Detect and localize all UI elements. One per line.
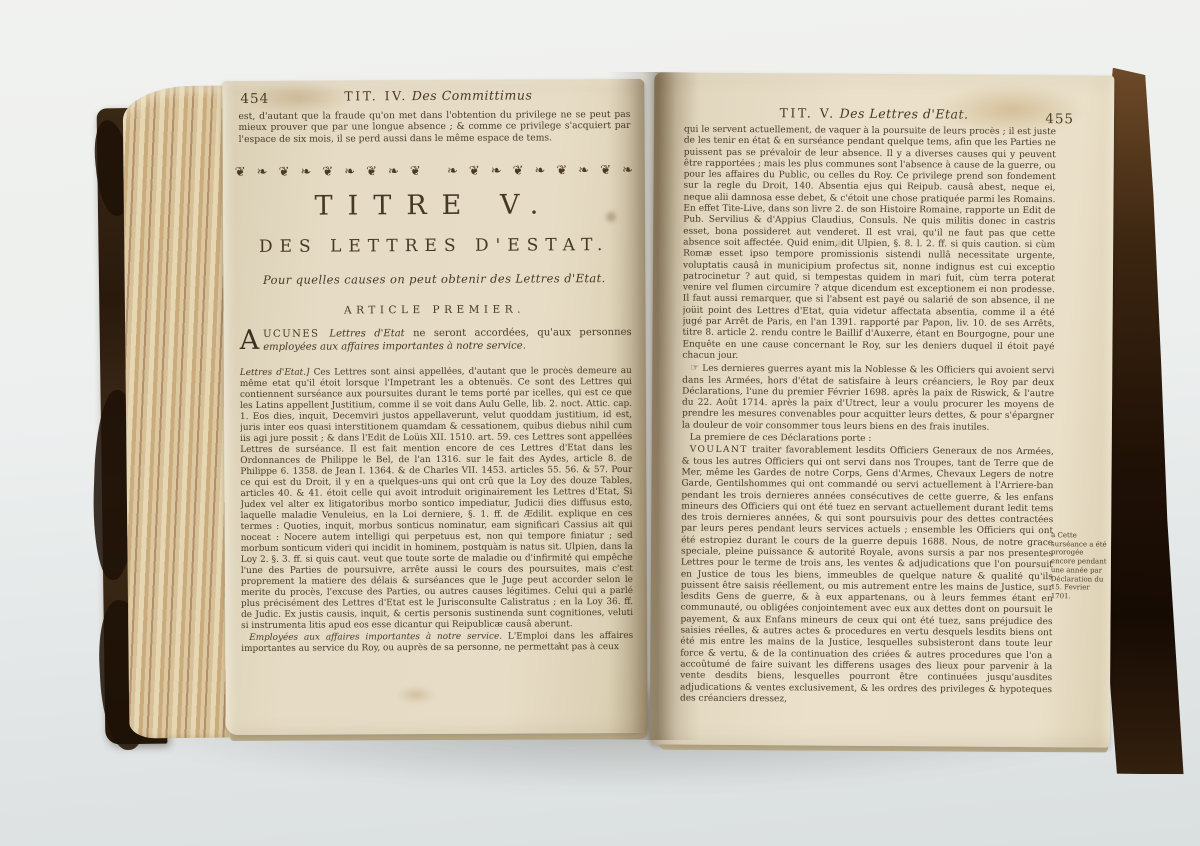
left-running-title-text: Des Committimus (412, 87, 533, 103)
signature-mark: 1 (557, 641, 562, 651)
article-premier-heading: ARTICLE PREMIER. (223, 303, 645, 317)
left-running-title-number: TIT. IV. (344, 88, 408, 103)
right-text-block: qui le servent actuellement, de vaquer à… (680, 125, 1056, 740)
right-running-title-number: TIT. V. (780, 105, 836, 120)
right-paragraph-2-text: Les dernieres guerres ayant mis la Noble… (682, 364, 1054, 433)
commentary-1-text: Ces Lettres sont ainsi appellées, d'auta… (240, 366, 633, 631)
left-page: 454 TIT. IV. Des Committimus est, d'auta… (222, 79, 647, 735)
commentary-paragraph: Employées aux affaires importantes à not… (241, 631, 633, 655)
chapter-argument: Pour quelles causes on peut obtenir des … (223, 271, 645, 287)
right-paragraph-4-text: traiter favorablement lesdits Officiers … (680, 445, 1054, 704)
dropcap-letter-A: A (240, 329, 264, 353)
left-page-stack-edge (123, 85, 236, 738)
manicule-icon: ☞ (690, 363, 699, 374)
commentary-paragraph: Lettres d'Etat.] Ces Lettres sont ainsi … (240, 366, 633, 632)
right-page-number: 455 (1045, 111, 1074, 127)
fleuron-ornament-band: ❦❧❦❧❦❧❦❧❦ ❧❦❧❦❧❦❧❦❧ (235, 163, 633, 180)
article-lead-rest: ne seront accordées, qu'aux personnes (405, 327, 632, 339)
left-intro-paragraph: est, d'autant que la fraude qu'on met da… (238, 109, 630, 145)
right-running-title: TIT. V. Des Lettres d'Etat. (714, 105, 1034, 122)
article-tail-italic: employées aux affaires importantes à not… (263, 340, 526, 352)
title-titre-v: TITRE V. (223, 189, 645, 222)
subtitle-des-lettres-destat: DES LETTRES D'ESTAT. (223, 235, 645, 257)
right-page: TIT. V. Des Lettres d'Etat. 455 qui le s… (650, 72, 1115, 747)
commentary-2-lead: Employées aux affaires importantes à not… (249, 632, 502, 643)
right-paragraph-4-lead: VOULANT (690, 445, 748, 455)
margin-note: a Cette surséance a été prorogée encore … (1051, 531, 1107, 601)
right-running-title-text: Des Lettres d'Etat. (840, 106, 969, 122)
commentary-1-lead: Lettres d'Etat.] (240, 368, 310, 378)
right-paragraph-2: ☞ Les dernieres guerres ayant mis la Nob… (682, 363, 1054, 434)
article-lead-italic: Lettres d'Etat (329, 328, 404, 339)
right-paragraph-1: qui le servent actuellement, de vaquer à… (682, 125, 1056, 365)
left-running-title: TIT. IV. Des Committimus (262, 87, 614, 104)
article-lead: UCUNES (263, 329, 329, 340)
left-commentary-block: Lettres d'Etat.] Ces Lettres sont ainsi … (240, 366, 634, 729)
photo-of-open-antique-book: 454 TIT. IV. Des Committimus est, d'auta… (0, 0, 1200, 846)
article-text: AUCUNES Lettres d'Etat ne seront accordé… (240, 327, 632, 354)
right-paragraph-4: VOULANT traiter favorablement lesdits Of… (680, 445, 1054, 707)
